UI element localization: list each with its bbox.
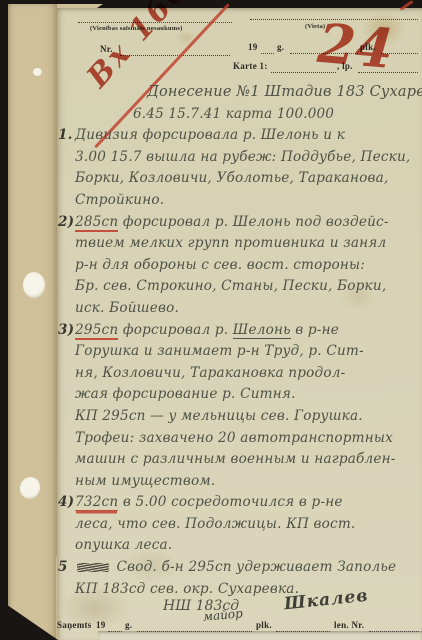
handwritten-text: Стройкино. <box>75 192 164 208</box>
handwritten-text: Бр. сев. Строкино, Станы, Пески, Борки, <box>75 278 386 294</box>
handwritten-text: 285сп <box>75 214 118 232</box>
handwritten-line: р-н для обороны с сев. вост. стороны: <box>75 257 417 279</box>
form-dotted-line <box>108 631 122 632</box>
handwritten-line: Бр. сев. Строкино, Станы, Пески, Борки, <box>75 278 417 300</box>
handwritten-text: КП 183сд сев. окр. Сухаревка. <box>75 581 299 597</box>
handwritten-text: ня, Козловичи, Таракановка продол- <box>75 365 345 381</box>
gads-label: g. <box>277 42 284 52</box>
item-number: 5 <box>58 559 68 575</box>
binding-strip <box>8 4 58 640</box>
handwritten-line: 3)295сп форсировал р. Шелонь в р-не <box>75 322 417 344</box>
handwritten-text: опушка леса. <box>75 537 172 553</box>
handwriting-body: Донесение №1 Штадив 183 Сухарево6.45 15.… <box>75 84 417 602</box>
handwritten-text: р-н для обороны с сев. вост. стороны: <box>75 257 365 273</box>
handwritten-line: КП 295сп — у мельницы сев. Горушка. <box>75 408 417 430</box>
sanemts-label: Saņemts <box>57 620 92 630</box>
handwritten-text: Шелонь <box>233 322 291 339</box>
item-number: 4) <box>58 494 74 510</box>
handwritten-line: машин с различным военным и награблен- <box>75 451 417 473</box>
handwritten-text: Донесение №1 Штадив 183 Сухарево <box>147 84 422 100</box>
handwritten-line: 6.45 15.7.41 карта 100.000 <box>75 106 417 128</box>
handwritten-line: Стройкино. <box>75 192 417 214</box>
form-dotted-line <box>276 631 330 632</box>
handwritten-text: в р-не <box>291 322 339 338</box>
footer-year-label: 19 <box>96 620 106 630</box>
handwritten-text: 732сп <box>75 494 118 511</box>
form-dotted-line <box>369 631 419 632</box>
len-nr-label: len. Nr. <box>334 620 364 630</box>
red-number-24: 24 <box>315 11 395 81</box>
handwritten-text: Борки, Козловичи, Уболотье, Тараканова, <box>75 170 388 186</box>
handwritten-text: Горушка и занимает р-н Труд, р. Сит- <box>75 343 364 359</box>
handwritten-line: иск. Бойшево. <box>75 300 417 322</box>
handwritten-text: в 5.00 сосредоточился в р-не <box>118 494 342 510</box>
handwritten-line: Горушка и занимает р-н Труд, р. Сит- <box>75 343 417 365</box>
handwritten-text: 6.45 15.7.41 карта 100.000 <box>133 106 334 122</box>
handwritten-text: 295сп <box>75 322 118 340</box>
karte-label: Karte 1: <box>233 61 268 71</box>
handwritten-line: опушка леса. <box>75 537 417 559</box>
pencil-scribble <box>77 563 109 572</box>
item-number: 3) <box>58 322 74 338</box>
handwritten-line: Борки, Козловичи, Уболотье, Тараканова, <box>75 170 417 192</box>
underlying-sheet-edge <box>98 631 422 640</box>
handwritten-line: 4)732сп в 5.00 сосредоточился в р-не <box>75 494 417 516</box>
form-dotted-line <box>137 631 252 632</box>
handwritten-text: форсировал р. Шелонь под воздейс- <box>118 214 388 230</box>
punch-hole <box>23 272 45 298</box>
handwritten-line: 1.Дивизия форсировала р. Шелонь и к <box>75 127 417 149</box>
handwritten-line: ня, Козловичи, Таракановка продол- <box>75 365 417 387</box>
year-label: 19 <box>248 42 258 52</box>
handwritten-text: КП 295сп — у мельницы сев. Горушка. <box>75 408 363 424</box>
handwritten-text: форсировал р. <box>118 322 232 338</box>
footer-plk-label: plk. <box>256 620 272 630</box>
handwritten-text: 3.00 15.7 вышла на рубеж: Поддубье, Песк… <box>75 149 410 165</box>
handwritten-line: твием мелких групп противника и занял <box>75 235 417 257</box>
footer-gads-label: g. <box>125 620 132 630</box>
handwritten-text: машин с различным военным и награблен- <box>75 451 396 467</box>
handwritten-line: Трофеи: захвачено 20 автотранспортных <box>75 430 417 452</box>
scanned-document: (Vienības saīsināts nosaukums) Nr. (Viet… <box>0 0 422 640</box>
item-number: 1. <box>58 127 73 143</box>
handwritten-line: 5 Свод. б-н 295сп удерживает Заполье <box>75 559 417 581</box>
handwritten-text: Дивизия форсировала р. Шелонь и к <box>75 127 345 143</box>
handwritten-line: 3.00 15.7 вышла на рубеж: Поддубье, Песк… <box>75 149 417 171</box>
handwritten-line: Донесение №1 Штадив 183 Сухарево <box>75 84 417 106</box>
handwritten-text: иск. Бойшево. <box>75 300 179 316</box>
handwritten-text: Трофеи: захвачено 20 автотранспортных <box>75 430 393 446</box>
handwritten-line: жая форсирование р. Ситня. <box>75 386 417 408</box>
form-dotted-line <box>261 53 274 54</box>
handwritten-text: Свод. б-н 295сп удерживает Заполье <box>112 559 396 575</box>
handwritten-text: жая форсирование р. Ситня. <box>75 386 296 402</box>
punch-hole <box>33 68 42 76</box>
handwritten-line: ным имуществом. <box>75 473 417 495</box>
handwritten-text: ным имуществом. <box>75 473 215 489</box>
handwritten-text: леса, что сев. Подолжицы. КП вост. <box>75 516 355 532</box>
item-number: 2) <box>58 214 74 230</box>
handwritten-line: 2)285сп форсировал р. Шелонь под воздейс… <box>75 214 417 236</box>
handwritten-text: твием мелких групп противника и занял <box>75 235 386 251</box>
handwritten-line: леса, что сев. Подолжицы. КП вост. <box>75 516 417 538</box>
